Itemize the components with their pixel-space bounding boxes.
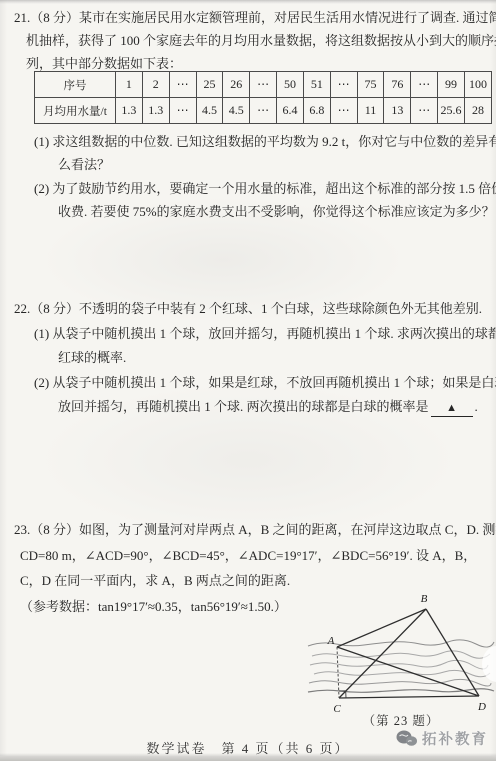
label-B: B xyxy=(421,593,428,605)
question-22: 22.（8 分）不透明的袋子中装有 2 个红球、1 个白球，这些球除颜色外无其他… xyxy=(14,297,492,420)
table-cell: 28 xyxy=(464,98,491,124)
watermark-text: 拓补教育 xyxy=(422,728,488,749)
q21-part2-line-2: 收费. 若要使 75%的家庭水费支出不受影响，你觉得这个标准应该定为多少？ xyxy=(58,200,492,223)
edge-AD xyxy=(337,647,479,696)
water-usage-table: 序号 1 2 ⋯ 25 26 ⋯ 50 51 ⋯ 75 76 ⋯ 99 100 … xyxy=(34,71,492,124)
table-cell: ⋯ xyxy=(169,98,196,124)
q22-part1-line-2: 红球的概率. xyxy=(58,346,492,371)
photo-bottom-edge xyxy=(0,756,496,761)
table-row: 序号 1 2 ⋯ 25 26 ⋯ 50 51 ⋯ 75 76 ⋯ 99 100 xyxy=(35,72,492,98)
table-cell: ⋯ xyxy=(169,72,196,98)
table-cell: ⋯ xyxy=(250,98,277,124)
edge-CD xyxy=(339,696,479,698)
exam-page: { "doc": { "footer": "数学试卷 第 4 页（共 6 页）"… xyxy=(0,0,496,761)
label-A: A xyxy=(327,635,335,647)
table-cell: 13 xyxy=(384,98,411,124)
table-cell: 4.5 xyxy=(196,98,223,124)
table-cell: 76 xyxy=(384,72,411,98)
river-waves xyxy=(308,640,494,692)
table-cell: 1 xyxy=(116,72,143,98)
q22-part2-line-2: 放回并摇匀，再随机摸出 1 个球. 两次摸出的球都是白球的概率是▲. xyxy=(58,395,492,420)
table-cell: 6.4 xyxy=(277,98,304,124)
q21-part1-line-1: (1) 求这组数据的中位数. 已知这组数据的平均数为 9.2 t，你对它与中位数… xyxy=(34,130,492,153)
watermark-logo-icon xyxy=(396,729,418,747)
table-cell: 26 xyxy=(223,72,250,98)
question-21-parts: (1) 求这组数据的中位数. 已知这组数据的平均数为 9.2 t，你对它与中位数… xyxy=(14,130,492,223)
edge-BC xyxy=(339,609,426,698)
table-cell: ⋯ xyxy=(411,72,438,98)
table-row: 月均用水量/t 1.3 1.3 ⋯ 4.5 4.5 ⋯ 6.4 6.8 ⋯ 11… xyxy=(35,98,492,124)
edge-BD xyxy=(426,609,479,696)
table-cell: ⋯ xyxy=(330,72,357,98)
table-cell: ⋯ xyxy=(330,98,357,124)
table-cell: 25.6 xyxy=(438,98,465,124)
table-header-index: 序号 xyxy=(35,72,116,98)
question-21-line-1: 21.（8 分）某市在实施居民用水定额管理前，对居民生活用水情况进行了调查. 通… xyxy=(14,6,492,29)
q22-part2-prefix: 放回并摇匀，再随机摸出 1 个球. 两次摸出的球都是白球的概率是 xyxy=(58,399,429,414)
table-cell: 11 xyxy=(357,98,384,124)
question-21-line-2: 机抽样，获得了 100 个家庭去年的月均用水量数据，将这组数据按从小到大的顺序排 xyxy=(26,29,492,52)
table-cell: 75 xyxy=(357,72,384,98)
q22-part2-line-1: (2) 从袋子中随机摸出 1 个球，如果是红球，不放回再随机摸出 1 个球；如果… xyxy=(34,371,492,396)
table-cell: 1.3 xyxy=(142,98,169,124)
river-survey-diagram: A B C D xyxy=(306,586,496,718)
table-cell: 2 xyxy=(142,72,169,98)
table-cell: 4.5 xyxy=(223,98,250,124)
question-21: 21.（8 分）某市在实施居民用水定额管理前，对居民生活用水情况进行了调查. 通… xyxy=(14,6,492,75)
edge-AB xyxy=(337,609,426,647)
q22-part1-line-1: (1) 从袋子中随机摸出 1 个球，放回并摇匀，再随机摸出 1 个球. 求两次摸… xyxy=(34,322,492,347)
table-cell: 25 xyxy=(196,72,223,98)
q21-part1-line-2: 么看法？ xyxy=(58,153,492,176)
table-cell: 6.8 xyxy=(303,98,330,124)
table-cell: 99 xyxy=(438,72,465,98)
question-23-figure: A B C D xyxy=(306,586,496,718)
table-cell: 1.3 xyxy=(116,98,143,124)
table-cell: 100 xyxy=(464,72,491,98)
table-cell: 51 xyxy=(303,72,330,98)
answer-blank-marker: ▲ xyxy=(431,401,473,417)
question-23-line-1: 23.（8 分）如图，为了测量河对岸两点 A，B 之间的距离，在河岸这边取点 C… xyxy=(14,517,492,543)
table-cell: 50 xyxy=(277,72,304,98)
q22-part2-suffix: . xyxy=(475,399,478,414)
table-header-usage: 月均用水量/t xyxy=(35,98,116,124)
table-cell: ⋯ xyxy=(411,98,438,124)
watermark: 拓补教育 xyxy=(396,727,488,749)
q21-part2-line-1: (2) 为了鼓励节约用水，要确定一个用水量的标准，超出这个标准的部分按 1.5 … xyxy=(34,177,492,200)
table-cell: ⋯ xyxy=(250,72,277,98)
question-22-line-1: 22.（8 分）不透明的袋子中装有 2 个红球、1 个白球，这些球除颜色外无其他… xyxy=(14,297,492,322)
question-23-line-2: CD=80 m，∠ACD=90°，∠BCD=45°，∠ADC=19°17′，∠B… xyxy=(20,543,492,569)
